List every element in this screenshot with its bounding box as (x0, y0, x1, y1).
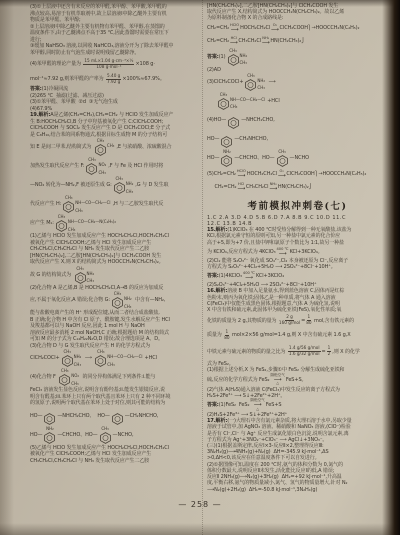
text-line: 中铁元素与硫元素的物质的量之比为 1.4 g/56 g/mol1.6 g/32 … (207, 342, 388, 361)
text-segment: (1)FeS₂ FeS₂ (219, 402, 250, 408)
ring-top-substituent: CH₃ (97, 350, 104, 354)
text-segment: mol,含有铁元素的 (313, 318, 354, 324)
text-line: 加热发生取代反应产生 F:CH₃NO₂CH₃,F 与 Fe 及 HCl 作用时将 (30, 157, 202, 176)
reaction-arrow: HCl⟶ (230, 37, 237, 45)
benzene-ring-icon (112, 413, 123, 425)
ring-substituent: NO₂ (71, 374, 79, 378)
reaction-arrow: NH₃⟶ (269, 183, 276, 191)
benzene-ring-structure: NH₂ (221, 155, 232, 167)
reaction-arrow: O₂⟶ (271, 24, 278, 32)
left-column: (3)①上层液中还含有未反应的苯甲醛,苯甲醇、苯甲酸,苯甲醛的沸点较高,易溶于有… (30, 4, 202, 464)
text-segment: 中铁元素与硫元素的物质的量之比为 (207, 349, 287, 355)
reaction-arrow: 400 ℃⟶ (243, 272, 255, 280)
ring-substituent: CH₃ (230, 105, 265, 109)
ring-substituent: CH₃ (240, 61, 248, 65)
text-segment: HO— (207, 136, 219, 142)
text-segment: ×108 g· (135, 61, 154, 68)
text-line: 故 G 的结构简式为 CH₃NH₂CH₃ (30, 266, 202, 285)
ring-top-substituent: CH₃ (115, 177, 122, 181)
ring-substituent: NH₂ (74, 355, 82, 359)
benzene-ring-structure (112, 413, 123, 425)
arrow-icon: ⟶ (237, 187, 244, 192)
benzene-ring-structure (221, 136, 232, 148)
ring-substituent: NH₂ (87, 272, 95, 276)
ring-substituent: NH—CO—CH₂—Cl (75, 201, 110, 205)
benzene-ring-icon: CH₃ (228, 54, 239, 66)
ring-substituent: NH—CO—CH₂—N(C₂H₅)₂ (68, 220, 116, 224)
text-segment: ×100%≈67.9%。 (122, 76, 164, 83)
benzene-ring-icon: CH₃ (62, 355, 73, 367)
ring-top-substituent: CH₃ (58, 215, 65, 219)
text-segment: CH₂=CH₂ (207, 25, 229, 31)
text-segment: mol×2×56 g/mol=1.4 g,则 X 中含有硫元素 1.6 g,X (231, 332, 351, 338)
fraction: 12 (327, 346, 332, 357)
benzene-ring-structure: CH₃NH₂CH₃ (112, 297, 132, 309)
denominator: 108 g·mol⁻¹ (96, 65, 121, 70)
ring-substituent: CH₃ (75, 209, 110, 213)
text-line: CH₂=CH₂HCl⟶CH₃CH₂ClNH₃⟶HN(CH₂CH₃)₂⎭ (207, 181, 388, 194)
ring-side-substituents: NH—CO—CH₂—ClCH₃ (230, 98, 265, 110)
fraction: 180 (306, 315, 311, 326)
arrow-icon: ⟶ (271, 28, 278, 33)
denominator: 7.92 g (107, 80, 120, 85)
text-line: CH₂=CH₂HClO⟶HOCH₂CH₂ClO₂⟶ClCH₂COOH⎫→HOOC… (207, 22, 388, 35)
benzene-ring-icon: NH₂ (44, 432, 55, 444)
benzene-ring-structure (44, 413, 55, 425)
text-line: 答案:(1)4KClO₃400 ℃⟶KCl+3KClO₄ (207, 270, 388, 282)
benzene-ring-icon: CH₃ (245, 79, 256, 91)
text-segment: 方程式为 S₂O₃²⁻+4Cl₂+5H₂O ⟶ 2SO₄²⁻+8Cl⁻+10H⁺… (207, 264, 336, 270)
text-segment: mol⁻¹≈7.92 g,则苯甲醛的产率为 (30, 76, 105, 83)
text-segment: = (301, 318, 305, 324)
ring-substituent: CH₃ (71, 382, 79, 386)
text-segment: CH₂=CH₂ (214, 171, 236, 177)
text-segment: ,G 与 D 发生取 (135, 182, 168, 189)
text-segment: ,F 与 Fe 及 HCl 作用时将 (108, 163, 163, 170)
ring-substituent: CH₃ (124, 305, 132, 309)
denominator: 80 (306, 321, 311, 326)
ring-top-substituent: CH₃ (97, 139, 104, 143)
text-segment: —CHCHO、HO— (57, 432, 97, 439)
ring-side-substituents: NH₂CH₃ (240, 54, 248, 66)
text-segment: H₂S+2Fe³⁺ ⟶ S↓+2Fe²⁺+2H⁺。 (207, 393, 285, 399)
text-segment: (4)化合物 F (30, 374, 57, 381)
ring-substituent: CH₃ (107, 144, 114, 148)
text-segment (207, 98, 216, 104)
ring-top-substituent: NH₂ (223, 150, 231, 154)
ring-side-substituents: NO₂CH₃ (71, 374, 79, 386)
ring-top-substituent: CH₃ (229, 49, 236, 53)
text-segment: —CHCHO、HO— (234, 155, 274, 161)
text-line: mol⁻¹≈7.92 g,则苯甲醛的产率为 5.40 g7.92 g×100%≈… (30, 72, 202, 86)
text-segment: 知 E 是间二甲苯,结构简式为 (30, 144, 93, 151)
text-line: (4)化合物 F CH₃NO₂CH₃ 的同分异构体满足下列条件:i.能与 (30, 368, 202, 387)
arrow-icon: ⟶ (269, 187, 276, 192)
arrow-icon: ⟶ (262, 41, 269, 46)
text-segment: ClCH₂COOH (286, 171, 314, 177)
text-segment: KCl+3KClO₄ (256, 273, 284, 279)
column-divider (202, 0, 203, 535)
ring-top-substituent: CH₃ (88, 158, 95, 162)
text-segment: CH₃CH₂Cl (238, 38, 261, 44)
text-segment: ⎫→HOOCCH₂N(C₂H₅)₂ (308, 25, 360, 31)
benzene-ring-structure: CH₃CH₃ (95, 144, 114, 156)
text-line: HO—NH₂—CHCHO、HO—CH₃—NCHO (207, 149, 388, 168)
photo-of-textbook-page: (3)①上层液中还含有未反应的苯甲醛,苯甲醇、苯甲酸,苯甲醛的沸点较高,易溶于有… (0, 0, 400, 535)
text-segment: 应,不属于氧化反应,A 错误;化合物 G: (30, 297, 110, 304)
text-segment: 加热发生取代反应产生 F: (30, 163, 84, 170)
text-line: (5)CH₂=CH₂HClO⟶HOCH₂CH₂ClO₂⟶ClCH₂COOH⎫→H… (207, 168, 388, 181)
benzene-ring-structure (228, 117, 239, 129)
text-segment: (2)化合物 A 是乙烯,B 是 HOCH₂CH₂Cl,A→B 的反应为加成反 (30, 285, 163, 292)
text-segment: (3)化合物 D 与 G 发生取代反应产生 H 的化学方程式为 (30, 343, 150, 350)
benzene-ring-structure: CH₃NH₂CH₃ (245, 79, 265, 91)
text-line: CH₃CH₂Cl,CH₃CH₂Cl 与 NH₃ 发生取代反应产生二乙胺 (30, 458, 202, 465)
text-segment: 应产生 M₁: (30, 220, 54, 227)
ring-substituent: NH₂ (124, 297, 132, 301)
ring-side-substituents: NH₂CH₃ (257, 79, 265, 91)
text-line: (4)HO——NHCH₂CHO, (207, 111, 388, 130)
text-segment: ClCH₂COCl+ (30, 355, 60, 362)
benzene-ring-icon: CH₃ (59, 374, 70, 386)
text-segment: —CH₂NHCHO, (234, 136, 268, 142)
ring-side-substituents: NH₂CH₃ (74, 355, 82, 367)
text-segment: HO— (94, 413, 109, 420)
benzene-ring-structure: CH₃NH—CO—CH₂—N(C₂H₅)₂CH₃ (56, 220, 116, 232)
benzene-ring-icon: CH₃ (218, 98, 229, 110)
text-segment: 质量为 (207, 332, 223, 338)
ring-substituent: CH₃ (257, 86, 265, 90)
text-segment: —CH₂NHCHO, (125, 413, 159, 420)
text-line: 硫,反应的化学方程式为 FeS₂隔绝空气⟶△FeS+S。 (207, 374, 388, 387)
text-segment: ,则 X 的化学 (332, 349, 359, 355)
benzene-ring-icon (228, 117, 239, 129)
text-line: 答案:(1)CH₃NH₂CH₃ (207, 48, 388, 67)
text-line: —NO₂ 转化为—NH₂,F 被还原生成 G:CH₃NH₂CH₃,G 与 D 发… (30, 176, 202, 195)
ring-top-substituent: CH₃ (65, 196, 72, 200)
ring-top-substituent: NH₂ (46, 427, 54, 431)
text-line: CH₃NH—CO—CH₂—ClCH₃+HCl (207, 92, 388, 111)
text-segment: HO— (30, 432, 42, 439)
page-bottom-shadow (0, 523, 400, 535)
benzene-ring-structure: NH₂ (44, 432, 55, 444)
text-line: CH₂=CH₂HCl⟶CH₃CH₂ClNH₃⟶HN(CH₂CH₃)₂⎭ (207, 35, 388, 48)
fraction: 15 mL×1.04 g·cm⁻³×½108 g·mol⁻¹ (83, 59, 134, 70)
text-line: HO——CH₂NHCHO, (207, 130, 388, 149)
ring-side-substituents: NH₂CH₃ (126, 182, 134, 194)
ring-substituent: NH₂ (240, 54, 248, 58)
text-segment: 高于+5,即为+7 价,且盐中钾和氯原子个数比为 1∶1,故另一种盐 (207, 240, 344, 246)
fraction: 1.4 g/56 g/mol1.6 g/32 g/mol (288, 346, 321, 357)
ring-side-substituents: NH—CO—CH₂—ClCH₃ (75, 201, 110, 213)
benzene-ring-structure: CH₃ (100, 432, 111, 444)
reaction-arrow: 隔绝空气⟶△ (270, 374, 284, 386)
ring-substituent: NH—CO—CH₂—Cl (107, 355, 142, 359)
benzene-ring-icon: CH₃ (100, 432, 111, 444)
ring-substituent: NH—CO—CH₂—Cl (230, 98, 265, 102)
text-segment: (1) (219, 54, 226, 60)
text-segment: (1)4KClO₃ (219, 273, 242, 279)
benzene-ring-icon: CH₃ (114, 182, 125, 194)
benzene-ring-structure: CH₃NH₂CH₃ (75, 272, 95, 284)
denominator: 160 g/mol (279, 321, 300, 326)
text-segment: —NO₂ 转化为—NH₂,F 被还原生成 G: (30, 182, 112, 189)
text-segment: HN(CH₂CH₃)₂ (270, 38, 301, 44)
text-segment: ⎫→HOOCCH₂N(C₂H₅)₂ (315, 171, 367, 177)
ring-substituent: CH₃ (107, 363, 142, 367)
benzene-ring-icon: CH₃ (277, 155, 288, 167)
page-left-shadow (0, 0, 14, 535)
ring-substituent: CH₃ (98, 171, 106, 175)
text-segment: CH₂=CH₂ (207, 38, 229, 44)
text-segment: —NCHO, (113, 432, 134, 439)
arrow-icon: ⟶ (230, 41, 237, 46)
benzene-ring-icon: CH₃ (95, 355, 106, 367)
bold-label: 答案: (207, 402, 219, 408)
text-segment: HN(CH₂CH₃)₂ (278, 184, 309, 190)
ring-top-substituent: CH₃ (63, 350, 70, 354)
book-edge-shadow (382, 0, 400, 535)
benzene-ring-icon (44, 413, 55, 425)
reaction-arrow: HClO⟶ (230, 24, 239, 32)
text-segment: —NHCH₂CHO、 (57, 413, 94, 420)
ring-substituent: CH₃ (126, 190, 134, 194)
benzene-ring-icon: CH₃ (56, 220, 67, 232)
text-segment: 的同分异构体满足下列条件:i.能与 (81, 374, 155, 381)
benzene-ring-icon: CH₃ (75, 272, 86, 284)
ring-top-substituent: CH₃ (101, 427, 108, 431)
text-segment: 中含有—NH₂, (134, 297, 166, 304)
ring-top-substituent: CH₃ (76, 267, 83, 271)
text-segment: +HCl (145, 355, 157, 362)
page-top-shadow (0, 0, 400, 7)
text-segment: (5) (207, 171, 214, 177)
text-segment: = (322, 349, 326, 355)
benzene-ring-structure: CH₃NO₂CH₃ (59, 374, 79, 386)
benzene-ring-structure: CH₃NO₂CH₃ (86, 163, 106, 175)
text-line: 质量为 180 mol×2×56 g/mol=1.4 g,则 X 中含有硫元素 … (207, 328, 388, 342)
text-segment: 为 KClO₄,反应方程式为 4KClO₃ (207, 249, 276, 255)
page-content: (3)①上层液中还含有未反应的苯甲醛,苯甲醇、苯甲酸,苯甲醛的沸点较高,易溶于有… (0, 0, 400, 535)
text-segment: FeS+S。 (286, 377, 307, 383)
text-segment: ⎭ (301, 38, 305, 44)
text-segment: 的氢原子,说明两个取代基在苯环上处于对位,则其可能的结构为 (30, 400, 165, 407)
text-segment: HO— (207, 155, 219, 161)
fraction: 180 (224, 330, 229, 341)
reaction-arrow: 隔绝空气⟶△ (250, 399, 264, 411)
fraction: 5.40 g7.92 g (106, 74, 121, 85)
reaction-arrow: 400 ℃⟶ (277, 248, 289, 256)
text-segment: 是 C₈H₁₀,结合苯的同系物通式,根据目标生成物 M 的分子结构可 (30, 132, 167, 139)
text-segment: ⎭ (309, 184, 313, 190)
text-segment: (4)HO— (207, 117, 226, 123)
text-segment: HOCH₂CH₂Cl (240, 25, 270, 31)
ring-side-substituents: NH—CO—CH₂—ClCH₃ (107, 355, 142, 367)
denominator: 1.6 g/32 g/mol (289, 352, 320, 357)
arrow-icon: ⟶ (238, 174, 245, 179)
page-number: — 258 — (150, 500, 250, 509)
text-segment: ,H 与二乙胺发生取代反 (112, 201, 163, 208)
text-line: 应,不属于氧化反应,A 错误;化合物 G:CH₃NH₂CH₃ 中含有—NH₂, (30, 291, 202, 310)
benzene-ring-icon: NH₂ (221, 155, 232, 167)
arrow-icon: ⟶ (278, 174, 285, 179)
right-column: [HN(CH₂CH₃)₂],二乙胺[HN(CH₂CH₃)₂]与 ClCH₂COO… (207, 3, 388, 493)
text-segment: —NHCH₂CHO, (241, 117, 275, 123)
text-segment: 硫,反应的化学方程式为 FeS₂ (207, 377, 269, 383)
ring-side-substituents: NH₂CH₃ (124, 297, 132, 309)
text-segment: CH₂=CH₂ (207, 184, 236, 190)
text-line: HO—NH₂—CHCHO、HO—CH₃—NCHO, (30, 426, 202, 445)
text-segment: (4)苯甲醛的理论产量为 (30, 61, 82, 68)
arrow-icon: ⟶ (245, 276, 252, 281)
text-segment: 代反应产生 H: (30, 201, 61, 208)
ring-substituent: NO₂ (98, 163, 106, 167)
text-segment: (2)AD (207, 67, 221, 73)
text-segment: —NCHO (290, 155, 309, 161)
text-segment: ⟶ (267, 79, 276, 85)
reaction-arrow: HClO⟶ (237, 170, 246, 178)
ring-top-substituent: CH₃ (278, 150, 285, 154)
text-line: ClCH₂COCl+CH₃NH₂CH₃ ⟶ CH₃NH—CO—CH₂—ClCH₃… (30, 349, 202, 368)
ring-substituent: NH₂ (126, 182, 134, 186)
ring-side-substituents: CH₃ (107, 144, 114, 156)
ring-substituent: CH₃ (68, 228, 116, 232)
benzene-ring-icon: CH₃ (63, 201, 74, 213)
text-line: ⟶N₂(g)+2H₂(g) ΔH₁=-50.8 kJ·mol⁻¹,3N₂H₄(g… (207, 487, 388, 493)
text-segment: X 中含有铁和硫元素,此固体甲为硫化亚铁(FeS),氧化性单质;氧 (207, 307, 341, 313)
benzene-ring-structure: CH₃ (277, 155, 288, 167)
text-segment: ,E 与浓硝酸、浓硫酸混合 (116, 144, 171, 151)
fraction: 2 g160 g/mol (279, 315, 300, 326)
text-segment: HOCH₂CH₂Cl (247, 171, 277, 177)
ring-top-substituent: CH₃ (247, 74, 254, 78)
ring-substituent: NH₂ (257, 79, 265, 83)
benzene-ring-icon: CH₃ (86, 163, 97, 175)
text-segment: 故 G 的结构简式为 (30, 272, 73, 279)
text-segment: FeS+S (266, 402, 282, 408)
text-segment: 苯甲醇,同时防止有气泡生成时说明残留乙醚除净。 (30, 50, 139, 57)
text-segment: HO— (30, 413, 42, 420)
text-line: (4)苯甲醛的理论产量为 15 mL×1.04 g·cm⁻³×½108 g·mo… (30, 56, 202, 72)
benzene-ring-structure: CH₃NH—CO—CH₂—ClCH₃ (63, 201, 110, 213)
benzene-ring-structure: CH₃NH₂CH₃ (228, 54, 248, 66)
text-segment: +HCl (267, 98, 279, 104)
text-line: 答案:(1)FeS₂ FeS₂隔绝空气⟶△FeS+S (207, 399, 388, 412)
text-line: HO——NHCH₂CHO、 HO——CH₂NHCHO, (30, 407, 202, 426)
bold-label: 答案: (207, 273, 219, 279)
section-title: 考前模拟冲刺卷(七) (207, 198, 388, 212)
benzene-ring-structure: CH₃NH₂CH₃ (114, 182, 134, 194)
arrow-icon: ⟶ (231, 28, 238, 33)
ring-top-substituent: CH₃ (220, 93, 227, 97)
ring-substituent: CH₃ (87, 279, 95, 283)
ring-top-substituent: CH₃ (61, 369, 68, 373)
text-segment: ClCH₂COOH (280, 25, 308, 31)
text-line: 代反应产生 H:CH₃NH—CO—CH₂—ClCH₃,H 与二乙胺发生取代反 (30, 195, 202, 214)
text-segment: CH₃CH₂Cl,CH₃CH₂Cl 与 NH₃ 发生取代反应产生二乙胺 (30, 458, 149, 465)
bold-label: 答案: (207, 54, 219, 60)
reaction-arrow: HCl⟶ (237, 183, 244, 191)
ring-side-substituents: NO₂CH₃ (98, 163, 106, 175)
arrow-icon: ⟶ (279, 252, 286, 257)
benzene-ring-icon: CH₃ (112, 297, 123, 309)
benzene-ring-icon: CH₃ (95, 144, 106, 156)
text-line: 应产生 M₁:CH₃NH—CO—CH₂—N(C₂H₅)₂CH₃ (30, 214, 202, 233)
ring-side-substituents: NH—CO—CH₂—N(C₂H₅)₂CH₃ (68, 220, 116, 232)
text-segment: 化铁的质量为 2 g,其物质的量为 (207, 318, 278, 324)
ring-side-substituents: NH₂CH₃ (87, 272, 95, 284)
ring-top-substituent: CH₃ (114, 292, 121, 296)
text-line: (3)ClCH₂COCl+CH₃NH₂CH₃ ⟶ (207, 73, 388, 92)
text-segment: 温度条件下,由于乙醚沸点不高于35 ℃,因此蒸馏时需要在常压下 (30, 30, 169, 37)
benzene-ring-structure: CH₃NH—CO—CH₂—ClCH₃ (95, 355, 142, 367)
text-line: 知 E 是间二甲苯,结构简式为 CH₃CH₃,E 与浓硝酸、浓硫酸混合 (30, 138, 202, 157)
reaction-arrow: NH₃⟶ (262, 37, 269, 45)
text-segment: KCl+3KClO₄。 (290, 249, 323, 255)
ring-substituent: CH₃ (74, 363, 82, 367)
benzene-ring-icon (221, 136, 232, 148)
text-segment: 为原料制备化合物 X 的合成路线是: (207, 15, 284, 21)
text-segment: (3)ClCH₂COCl+ (207, 79, 243, 85)
text-segment: ⟶N₂(g)+2H₂(g) ΔH₁=-50.8 kJ·mol⁻¹,3N₂H₄(g… (207, 487, 317, 493)
text-segment: 取代反应产生 X,则 X 的结构简式为 HOOCCH₂N(CH₂CH₃)₂。 (30, 259, 164, 266)
benzene-ring-structure: CH₃NH—CO—CH₂—ClCH₃ (218, 98, 265, 110)
text-segment: CH₃CH₂Cl (246, 184, 269, 190)
denominator: 80 (224, 336, 229, 341)
denominator: 2 (328, 352, 331, 357)
reaction-arrow: O₂⟶ (278, 170, 285, 178)
text-segment: ⟶ (83, 355, 93, 362)
benzene-ring-structure: CH₃NH₂CH₃ (62, 355, 82, 367)
text-line: 化铁的质量为 2 g,其物质的量为 2 g160 g/mol=180 mol,含… (207, 313, 388, 328)
text-line: 为 KClO₄,反应方程式为 4KClO₃400 ℃⟶KCl+3KClO₄。 (207, 246, 388, 258)
